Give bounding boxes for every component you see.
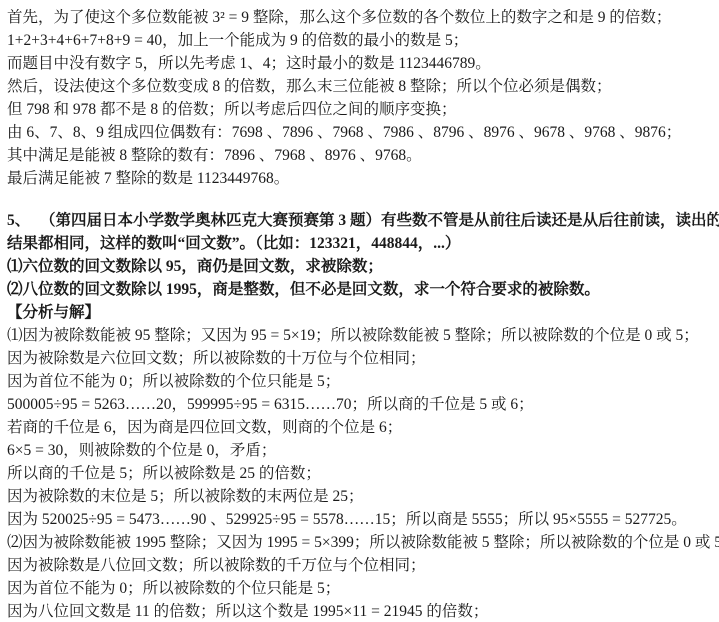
analysis-line: ⑵因为被除数能被 1995 整除；又因为 1995 = 5×399；所以被除数能… — [7, 531, 717, 554]
problem-number: 5、 — [7, 209, 40, 232]
text-line: 然后，设法使这个多位数变成 8 的倍数，那么末三位能被 8 整除；所以个位必须是… — [7, 75, 717, 98]
document-page: 首先，为了使这个多位数能被 3² = 9 整除，那么这个多位数的各个数位上的数字… — [0, 0, 719, 622]
problem-subitem-2: ⑵八位数的回文数除以 1995，商是整数，但不必是回文数，求一个符合要求的被除数… — [7, 278, 717, 301]
problem-text-line: 结果都相同，这样的数叫“回文数”。（比如：123321，448844，...） — [7, 232, 717, 255]
analysis-line: 因为首位不能为 0；所以被除数的个位只能是 5； — [7, 577, 717, 600]
analysis-line: 500005÷95 = 5263……20，599995÷95 = 6315……7… — [7, 393, 717, 416]
text-line: 其中满足是能被 8 整除的数有：7896 、7968 、8976 、9768。 — [7, 144, 717, 167]
text-line: 而题目中没有数字 5，所以先考虑 1、4；这时最小的数是 1123446789。 — [7, 52, 717, 75]
analysis-line: 因为被除数是六位回文数；所以被除数的十万位与个位相同； — [7, 347, 717, 370]
problem-first-line: 5、（第四届日本小学数学奥林匹克大赛预赛第 3 题）有些数不管是从前往后读还是从… — [7, 209, 717, 232]
text-line: 最后满足能被 7 整除的数是 1123449768。 — [7, 167, 717, 190]
analysis-line: 所以商的千位是 5；所以被除数是 25 的倍数； — [7, 462, 717, 485]
analysis-line: 因为八位回文数是 11 的倍数；所以这个数是 1995×11 = 21945 的… — [7, 600, 717, 622]
problem-subitem-1: ⑴六位数的回文数除以 95，商仍是回文数，求被除数； — [7, 255, 717, 278]
analysis-line: 因为被除数的末位是 5；所以被除数的末两位是 25； — [7, 485, 717, 508]
problem-5-statement: 5、（第四届日本小学数学奥林匹克大赛预赛第 3 题）有些数不管是从前往后读还是从… — [7, 209, 717, 301]
text-line: 1+2+3+4+6+7+8+9 = 40，加上一个能成为 9 的倍数的最小的数是… — [7, 29, 717, 52]
solution-part1-section: 首先，为了使这个多位数能被 3² = 9 整除，那么这个多位数的各个数位上的数字… — [7, 6, 717, 190]
text-line: 但 798 和 978 都不是 8 的倍数；所以考虑后四位之间的顺序变换； — [7, 98, 717, 121]
analysis-header: 【分析与解】 — [7, 301, 717, 324]
analysis-line: 因为首位不能为 0；所以被除数的个位只能是 5； — [7, 370, 717, 393]
text-line: 首先，为了使这个多位数能被 3² = 9 整除，那么这个多位数的各个数位上的数字… — [7, 6, 717, 29]
analysis-line: 若商的千位是 6，因为商是四位回文数，则商的个位是 6； — [7, 416, 717, 439]
analysis-line: 6×5 = 30，则被除数的个位是 0，矛盾； — [7, 439, 717, 462]
analysis-line: ⑴因为被除数能被 95 整除；又因为 95 = 5×19；所以被除数能被 5 整… — [7, 324, 717, 347]
problem-text: （第四届日本小学数学奥林匹克大赛预赛第 3 题）有些数不管是从前往后读还是从后往… — [40, 212, 719, 229]
text-line: 由 6、7、8、9 组成四位偶数有：7698 、7896 、7968 、7986… — [7, 121, 717, 144]
analysis-line: 因为 520025÷95 = 5473……90 、529925÷95 = 557… — [7, 508, 717, 531]
analysis-section: ⑴因为被除数能被 95 整除；又因为 95 = 5×19；所以被除数能被 5 整… — [7, 324, 717, 622]
analysis-line: 因为被除数是八位回文数；所以被除数的千万位与个位相同； — [7, 554, 717, 577]
